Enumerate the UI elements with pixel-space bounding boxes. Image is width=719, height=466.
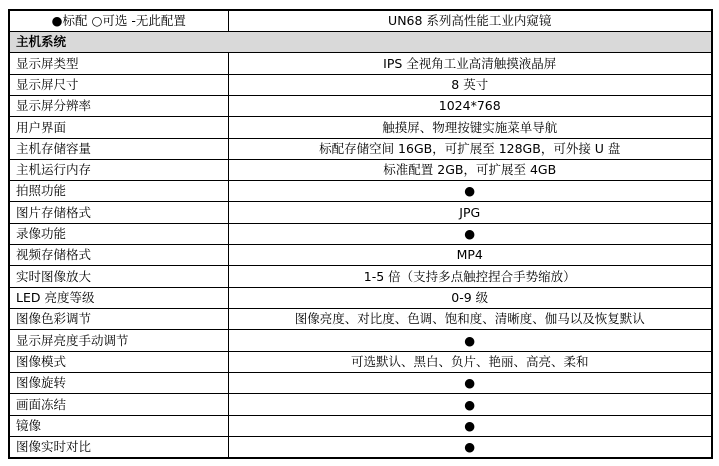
spec-label: 视频存储格式 (9, 245, 228, 266)
spec-value: 图像亮度、对比度、色调、饱和度、清晰度、伽马以及恢复默认 (228, 309, 712, 330)
spec-label: 图像模式 (9, 351, 228, 372)
table-row: 主机运行内存 标准配置 2GB，可扩展至 4GB (9, 159, 712, 180)
table-row: 实时图像放大 1-5 倍（支持多点触控捏合手势缩放） (9, 266, 712, 287)
spec-label: 图像色彩调节 (9, 309, 228, 330)
spec-value: 标配存储空间 16GB，可扩展至 128GB，可外接 U 盘 (228, 138, 712, 159)
table-row: 图像旋转 ● (9, 372, 712, 393)
table-row: 图像色彩调节 图像亮度、对比度、色调、饱和度、清晰度、伽马以及恢复默认 (9, 309, 712, 330)
spec-label: 显示屏尺寸 (9, 74, 228, 95)
table-row: 拍照功能 ● (9, 181, 712, 202)
spec-label: 显示屏亮度手动调节 (9, 330, 228, 351)
table-row: 显示屏尺寸 8 英寸 (9, 74, 712, 95)
spec-value: ● (228, 415, 712, 436)
table-row: 显示屏亮度手动调节 ● (9, 330, 712, 351)
spec-label: 镜像 (9, 415, 228, 436)
spec-value: ● (228, 223, 712, 244)
spec-label: 主机存储容量 (9, 138, 228, 159)
table-row: 显示屏分辨率 1024*768 (9, 95, 712, 116)
spec-label: 显示屏分辨率 (9, 95, 228, 116)
spec-value: JPG (228, 202, 712, 223)
table-row: 显示屏类型 IPS 全视角工业高清触摸液晶屏 (9, 53, 712, 74)
product-title: UN68 系列高性能工业内窥镜 (228, 10, 712, 31)
spec-value: 8 英寸 (228, 74, 712, 95)
table-row: 画面冻结 ● (9, 394, 712, 415)
spec-label: 显示屏类型 (9, 53, 228, 74)
spec-label: 图像实时对比 (9, 436, 228, 458)
spec-value: 标准配置 2GB，可扩展至 4GB (228, 159, 712, 180)
spec-table: ●标配 ○可选 -无此配置 UN68 系列高性能工业内窥镜 主机系统 显示屏类型… (8, 9, 713, 459)
table-row: 图片存储格式 JPG (9, 202, 712, 223)
spec-value: 1-5 倍（支持多点触控捏合手势缩放） (228, 266, 712, 287)
header-row: ●标配 ○可选 -无此配置 UN68 系列高性能工业内窥镜 (9, 10, 712, 31)
spec-label: 画面冻结 (9, 394, 228, 415)
table-row: 镜像 ● (9, 415, 712, 436)
spec-value: 1024*768 (228, 95, 712, 116)
spec-value: ● (228, 330, 712, 351)
table-row: 主机存储容量 标配存储空间 16GB，可扩展至 128GB，可外接 U 盘 (9, 138, 712, 159)
table-row: 图像实时对比 ● (9, 436, 712, 458)
spec-value: MP4 (228, 245, 712, 266)
section-row: 主机系统 (9, 31, 712, 52)
table-row: 录像功能 ● (9, 223, 712, 244)
table-row: 图像模式 可选默认、黑白、负片、艳丽、高亮、柔和 (9, 351, 712, 372)
spec-value: ● (228, 372, 712, 393)
spec-label: LED 亮度等级 (9, 287, 228, 308)
spec-label: 用户界面 (9, 117, 228, 138)
spec-value: ● (228, 181, 712, 202)
spec-value: 触摸屏、物理按键实施菜单导航 (228, 117, 712, 138)
spec-label: 主机运行内存 (9, 159, 228, 180)
spec-value: ● (228, 436, 712, 458)
spec-value: 0-9 级 (228, 287, 712, 308)
table-row: 视频存储格式 MP4 (9, 245, 712, 266)
config-legend: ●标配 ○可选 -无此配置 (9, 10, 228, 31)
spec-value: 可选默认、黑白、负片、艳丽、高亮、柔和 (228, 351, 712, 372)
spec-label: 图像旋转 (9, 372, 228, 393)
spec-label: 拍照功能 (9, 181, 228, 202)
spec-value: ● (228, 394, 712, 415)
table-row: 用户界面 触摸屏、物理按键实施菜单导航 (9, 117, 712, 138)
spec-label: 录像功能 (9, 223, 228, 244)
spec-value: IPS 全视角工业高清触摸液晶屏 (228, 53, 712, 74)
document-page: ●标配 ○可选 -无此配置 UN68 系列高性能工业内窥镜 主机系统 显示屏类型… (0, 0, 719, 466)
table-row: LED 亮度等级 0-9 级 (9, 287, 712, 308)
spec-label: 图片存储格式 (9, 202, 228, 223)
spec-label: 实时图像放大 (9, 266, 228, 287)
section-header: 主机系统 (9, 31, 712, 52)
